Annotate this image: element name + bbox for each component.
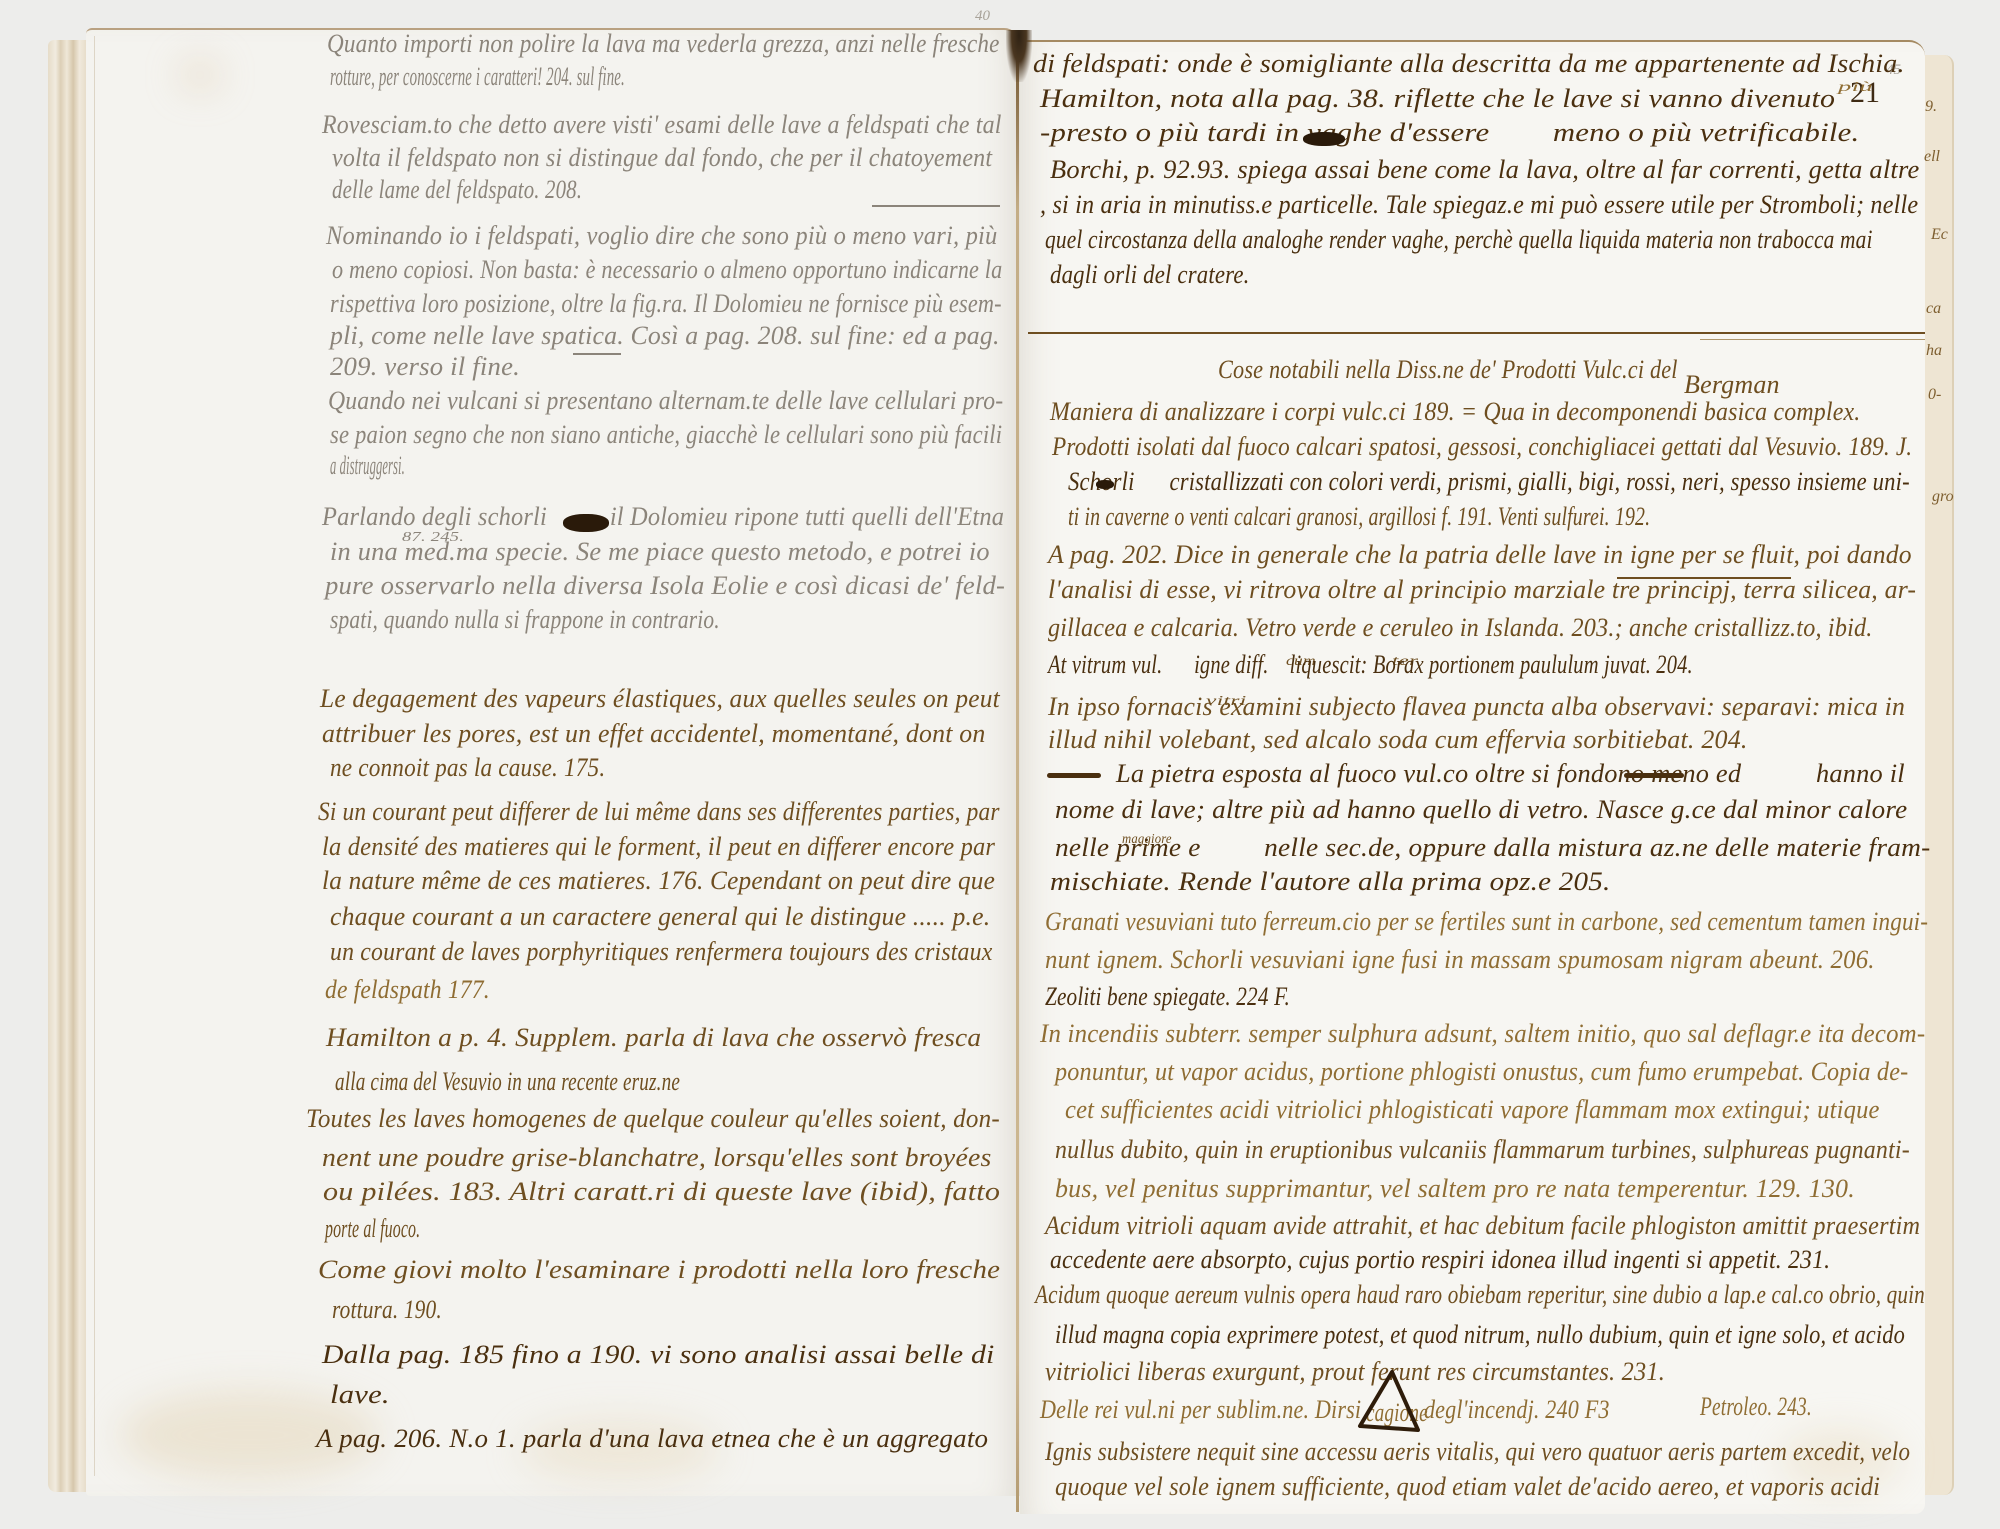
manuscript-line: Maniera di analizzare i corpi vulc.ci 18…	[1050, 397, 1860, 427]
manuscript-line: Parlando degli schorli il Dolomieu ripon…	[322, 502, 1004, 532]
manuscript-line: attribuer les pores, est un effet accide…	[322, 719, 985, 749]
manuscript-line: nullus dubito, quin in eruptionibus vulc…	[1055, 1135, 1910, 1165]
manuscript-line: di feldspati: onde è somigliante alla de…	[1033, 49, 1905, 79]
manuscript-line: ne connoit pas la cause. 175.	[330, 753, 605, 783]
manuscript-line: Delle rei vul.ni per sublim.ne. Dirsi de…	[1040, 1395, 1610, 1425]
manuscript-line: illud nihil volebant, sed alcalo soda cu…	[1048, 725, 1748, 755]
gutter	[1016, 34, 1019, 1512]
manuscript-line: A pag. 206. N.o 1. parla d'una lava etne…	[316, 1424, 988, 1454]
manuscript-line: quel circostanza della analoghe render v…	[1045, 225, 1873, 255]
manuscript-line: Hamilton a p. 4. Supplem. parla di lava …	[326, 1023, 981, 1053]
manuscript-line: la nature même de ces matieres. 176. Cep…	[322, 866, 995, 896]
manuscript-line: nome di lave; altre più ad hanno quello …	[1055, 795, 1907, 825]
manuscript-line: -presto o più tardi in vaghe d'essere me…	[1040, 118, 1859, 148]
manuscript-line: illud magna copia exprimere potest, et q…	[1055, 1320, 1905, 1350]
manuscript-line: quoque vel sole ignem sufficiente, quod …	[1055, 1472, 1880, 1502]
triangle-symbol-icon	[1352, 1368, 1424, 1434]
manuscript-line: nunt ignem. Schorli vesuviani igne fusi …	[1045, 945, 1875, 975]
manuscript-line: a distruggersi.	[330, 451, 405, 481]
section-heading: Bergman	[1684, 370, 1780, 400]
manuscript-line: un courant de laves porphyritiques renfe…	[330, 937, 992, 967]
manuscript-line: rottura. 190.	[332, 1295, 442, 1325]
manuscript-line: lave.	[330, 1380, 390, 1410]
edge-tab-mark: 0-	[1928, 386, 1941, 404]
paper-stain	[180, 60, 220, 90]
manuscript-line: nelle prime e nelle sec.de, oppure dalla…	[1055, 833, 1930, 863]
manuscript-line: ou pilées. 183. Altri caratt.ri di quest…	[323, 1177, 1000, 1207]
ink-blot	[563, 514, 609, 532]
manuscript-line: mischiate. Rende l'autore alla prima opz…	[1050, 867, 1610, 897]
manuscript-line: Rovesciam.to che detto avere visti' esam…	[322, 110, 1002, 140]
manuscript-line: cet sufficientes acidi vitriolici phlogi…	[1065, 1095, 1880, 1125]
edge-tab-mark: ell	[1924, 148, 1940, 166]
manuscript-line: Hamilton, nota alla pag. 38. riflette ch…	[1040, 84, 1835, 114]
manuscript-line: se paion segno che non siano antiche, gi…	[330, 420, 1002, 450]
manuscript-line: la densité des matieres qui le forment, …	[322, 832, 995, 862]
strikethrough	[1047, 773, 1101, 778]
manuscript-line: pli, come nelle lave spatica. Così a pag…	[330, 321, 1000, 351]
manuscript-line: rispettiva loro posizione, oltre la fig.…	[330, 289, 1002, 319]
spine-shadow	[1006, 30, 1032, 82]
edge-tab-mark: Ec	[1931, 226, 1948, 244]
manuscript-line: dagli orli del cratere.	[1050, 260, 1250, 290]
underline	[872, 205, 1000, 207]
manuscript-line: chaque courant a un caractere general qu…	[330, 902, 990, 932]
manuscript-line: nent une poudre grise-blanchatre, lorsqu…	[322, 1143, 992, 1173]
manuscript-line: , si in aria in minutiss.e particelle. T…	[1040, 190, 1918, 220]
edge-tab-mark: gro	[1932, 488, 1954, 506]
manuscript-line: de feldspath 177.	[325, 975, 490, 1005]
manuscript-line: o meno copiosi. Non basta: è necessario …	[332, 255, 1002, 285]
manuscript-line: rotture, per conoscerne i caratteri! 204…	[330, 62, 625, 92]
edge-tab-mark: ha	[1926, 342, 1942, 360]
manuscript-line: Petroleo. 243.	[1700, 1392, 1812, 1422]
manuscript-line: delle lame del feldspato. 208.	[332, 175, 582, 205]
left-page-number: 40	[975, 8, 990, 25]
manuscript-line: spati, quando nulla si frappone in contr…	[330, 605, 720, 635]
manuscript-line: Toutes les laves homogenes de quelque co…	[306, 1104, 1000, 1134]
manuscript-line: Quando nei vulcani si presentano alterna…	[328, 386, 1003, 416]
manuscript-line: In incendiis subterr. semper sulphura ad…	[1040, 1019, 1925, 1049]
manuscript-line: Granati vesuviani tuto ferreum.cio per s…	[1045, 907, 1928, 937]
manuscript-line: Acidum vitrioli aquam avide attrahit, et…	[1045, 1211, 1920, 1241]
manuscript-line: in una med.ma specie. Se me piace questo…	[330, 537, 990, 567]
manuscript-line: At vitrum vul. igne diff. liquescit: Bor…	[1048, 650, 1693, 680]
manuscript-line: ponuntur, ut vapor acidus, portione phlo…	[1055, 1057, 1908, 1087]
manuscript-line: ti in caverne o venti calcari granosi, a…	[1068, 502, 1650, 532]
manuscript-line: pure osservarlo nella diversa Isola Eoli…	[325, 571, 1005, 601]
manuscript-line: La pietra esposta al fuoco vul.co oltre …	[1048, 759, 1905, 789]
manuscript-line: bus, vel penitus supprimantur, vel salte…	[1055, 1174, 1855, 1204]
ink-blot	[1096, 480, 1114, 489]
manuscript-line: accedente aere absorpto, cujus portio re…	[1050, 1245, 1830, 1275]
section-divider-rule	[1700, 339, 1925, 340]
manuscript-line: A pag. 202. Dice in generale che la patr…	[1048, 540, 1912, 570]
ink-blot	[1303, 132, 1345, 146]
manuscript-line: Zeoliti bene spiegate. 224 F.	[1045, 982, 1290, 1012]
manuscript-line: gillacea e calcaria. Vetro verde e cerul…	[1048, 613, 1873, 643]
strikethrough	[1624, 773, 1684, 778]
manuscript-line: l'analisi di esse, vi ritrova oltre al p…	[1048, 575, 1916, 605]
stacked-page-edges-left	[48, 40, 90, 1492]
underline	[573, 353, 621, 355]
manuscript-line: Acidum quoque aereum vulnis opera haud r…	[1035, 1280, 1925, 1310]
manuscript-line: porte al fuoco.	[325, 1214, 420, 1244]
edge-tab-mark: ca	[1926, 300, 1941, 318]
manuscript-line: Ignis subsistere nequit sine accessu aer…	[1045, 1437, 1910, 1467]
manuscript-line: Borchi, p. 92.93. spiega assai bene come…	[1050, 155, 1919, 185]
manuscript-line: Dalla pag. 185 fino a 190. vi sono anali…	[322, 1340, 995, 1370]
page-edge-line	[94, 36, 95, 1476]
manuscript-line: 209. verso il fine.	[330, 352, 520, 382]
manuscript-line: Nominando io i feldspati, voglio dire ch…	[326, 221, 998, 251]
manuscript-line: alla cima del Vesuvio in una recente eru…	[335, 1067, 680, 1097]
manuscript-line: In ipso fornacis examini subjecto flavea…	[1048, 692, 1905, 722]
manuscript-line: volta il feldspato non si distingue dal …	[332, 143, 992, 173]
section-divider-rule	[1028, 332, 1925, 334]
manuscript-line: Prodotti isolati dal fuoco calcari spato…	[1052, 432, 1912, 462]
section-heading: Cose notabili nella Diss.ne de' Prodotti…	[1218, 355, 1678, 385]
manuscript-line: Si un courant peut differer de lui même …	[318, 797, 1000, 827]
manuscript-line: Le degagement des vapeurs élastiques, au…	[320, 684, 1000, 714]
superscript-note: più	[1838, 80, 1873, 96]
edge-tab-mark: 9.	[1925, 98, 1937, 116]
manuscript-line: Quanto importi non polire la lava ma ved…	[327, 29, 1000, 59]
manuscript-line: Come giovi molto l'esaminare i prodotti …	[318, 1255, 1000, 1285]
manuscript-line: Schorli cristallizzati con colori verdi,…	[1068, 467, 1910, 497]
